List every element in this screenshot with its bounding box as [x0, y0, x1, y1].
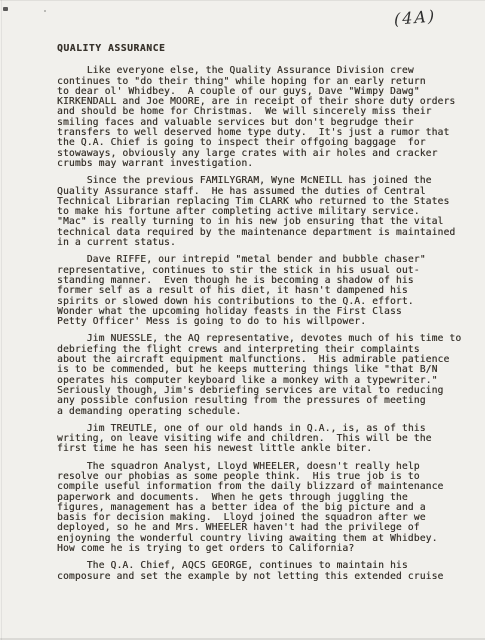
document-title: QUALITY ASSURANCE	[57, 44, 465, 54]
paragraph-wheeler: The squadron Analyst, Lloyd WHEELER, doe…	[57, 462, 465, 555]
scan-speck	[44, 10, 46, 12]
paragraph-mcneill: Since the previous FAMILYGRAM, Wyne McNE…	[57, 176, 465, 248]
scanned-document-page: (4A) QUALITY ASSURANCE Like everyone els…	[0, 0, 485, 640]
paragraph-nuessle: Jim NUESSLE, the AQ representative, devo…	[57, 334, 465, 416]
document-body: QUALITY ASSURANCE Like everyone else, th…	[57, 44, 465, 589]
paragraph-qa-crew: Like everyone else, the Quality Assuranc…	[57, 66, 465, 169]
scan-edge-left	[1, 0, 2, 640]
handwritten-page-number: (4A)	[394, 6, 436, 29]
paragraph-qa-chief: The Q.A. Chief, AQCS GEORGE, continues t…	[57, 561, 465, 582]
paragraph-treutle: Jim TREUTLE, one of our old hands in Q.A…	[57, 424, 465, 455]
scan-edge-top	[0, 0, 485, 1]
paragraph-riffe: Dave RIFFE, our intrepid "metal bender a…	[57, 255, 465, 327]
scan-speck	[3, 7, 8, 11]
